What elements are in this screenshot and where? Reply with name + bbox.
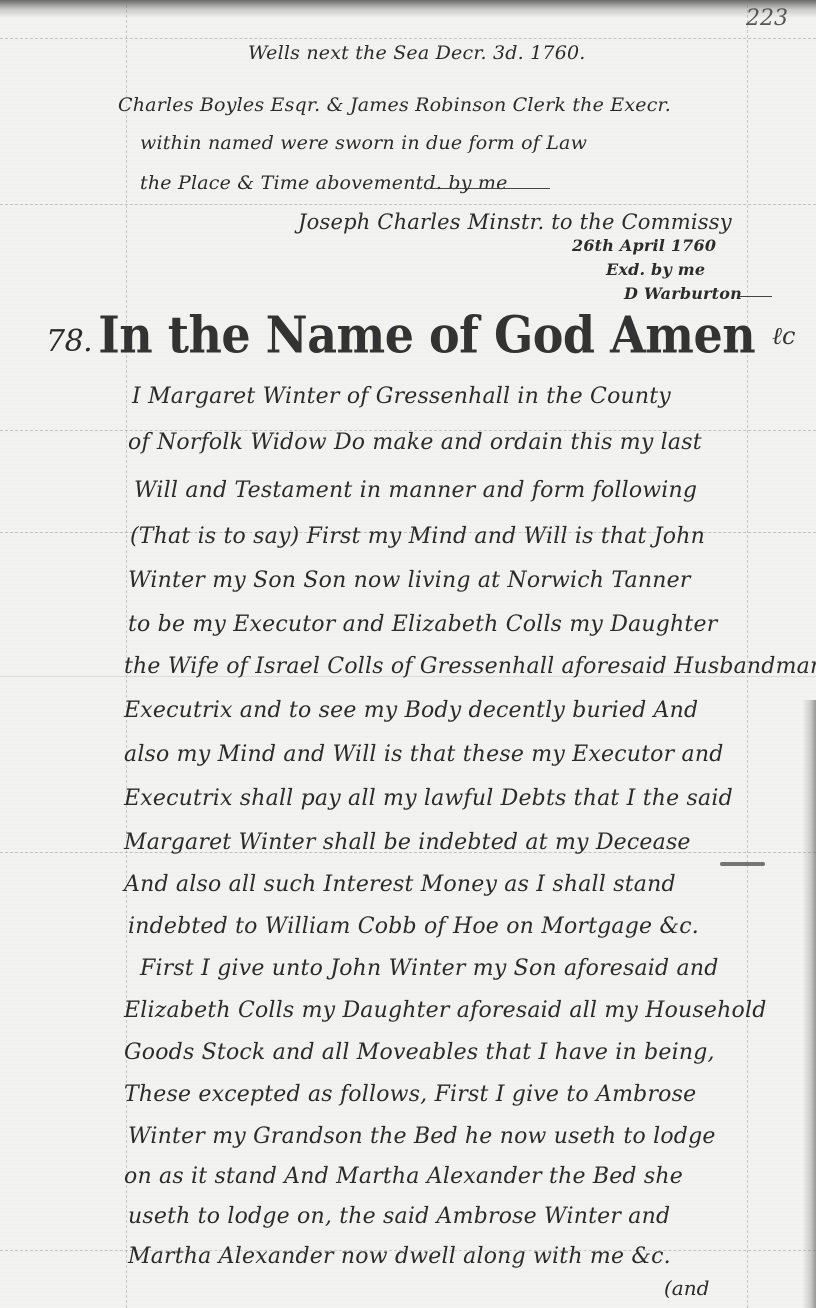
will-heading: 78.In the Name of God Amen [46, 308, 755, 362]
margin-ink-mark [720, 862, 765, 866]
body-line: Margaret Winter shall be indebted at my … [124, 830, 691, 855]
body-line: also my Mind and Will is that these my E… [124, 742, 724, 767]
body-line: Executrix and to see my Body decently bu… [124, 698, 698, 723]
place-date-line: Wells next the Sea Decr. 3d. 1760. [248, 42, 586, 64]
catchword: (and [664, 1276, 709, 1300]
ruled-line [0, 204, 816, 205]
body-line: Executrix shall pay all my lawful Debts … [124, 786, 733, 811]
jurat-line-1: Charles Boyles Esqr. & James Robinson Cl… [118, 94, 671, 116]
heading-text: In the Name of God Amen [98, 305, 755, 364]
examiner-signature: D Warburton [624, 284, 742, 303]
body-line: First I give unto John Winter my Son afo… [140, 956, 719, 981]
ruled-line [0, 38, 816, 39]
entry-number: 78. [46, 324, 92, 359]
body-line: on as it stand And Martha Alexander the … [124, 1164, 683, 1189]
document-page: 223 Wells next the Sea Decr. 3d. 1760. C… [0, 0, 816, 1308]
body-line: the Wife of Israel Colls of Gressenhall … [124, 654, 816, 679]
body-line: indebted to William Cobb of Hoe on Mortg… [128, 914, 699, 939]
jurat-line-3: the Place & Time abovementd. by me [140, 172, 508, 194]
body-line: These excepted as follows, First I give … [124, 1082, 696, 1107]
body-line: useth to lodge on, the said Ambrose Wint… [128, 1204, 670, 1229]
page-number: 223 [746, 6, 788, 31]
scan-right-edge-shadow [802, 700, 816, 1308]
body-line: Goods Stock and all Moveables that I hav… [124, 1040, 715, 1065]
body-line: of Norfolk Widow Do make and ordain this… [128, 430, 702, 455]
body-line: Winter my Son Son now living at Norwich … [128, 568, 691, 593]
jurat-line-2: within named were sworn in due form of L… [140, 132, 587, 154]
underline-flourish [430, 188, 550, 189]
scan-top-edge-shadow [0, 0, 816, 18]
body-line: Elizabeth Colls my Daughter aforesaid al… [124, 998, 766, 1023]
probate-date: 26th April 1760 [572, 236, 716, 255]
margin-note: ℓc [772, 322, 795, 351]
body-line: (That is to say) First my Mind and Will … [130, 524, 705, 549]
examiner-flourish [740, 296, 772, 297]
surrogate-signature: Joseph Charles Minstr. to the Commissy [298, 210, 732, 234]
body-line: I Margaret Winter of Gressenhall in the … [132, 384, 671, 409]
body-line: Martha Alexander now dwell along with me… [128, 1244, 671, 1269]
body-line: Winter my Grandson the Bed he now useth … [128, 1124, 716, 1149]
body-line: Will and Testament in manner and form fo… [134, 478, 697, 503]
body-line: And also all such Interest Money as I sh… [124, 872, 676, 897]
body-line: to be my Executor and Elizabeth Colls my… [128, 612, 717, 637]
examined-note: Exd. by me [606, 260, 705, 279]
